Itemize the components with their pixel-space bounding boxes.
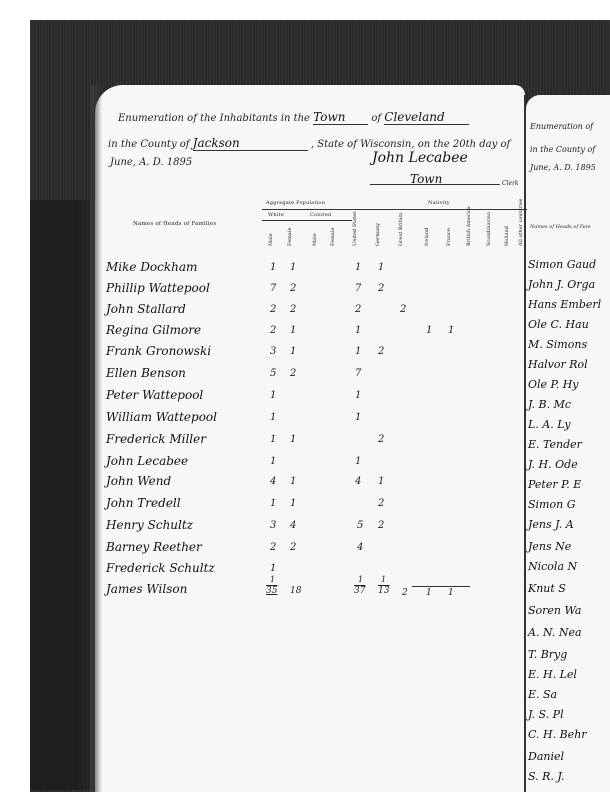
head-of-family-name: John Lecabee	[106, 454, 188, 468]
header-line-1: Enumeration of the Inhabitants in the To…	[118, 110, 469, 125]
county-name: Jackson	[193, 136, 308, 151]
facing-page-name: S. R. J.	[528, 770, 564, 783]
white-male-count: 3	[270, 346, 276, 357]
facing-page-name: Nicola N	[528, 560, 577, 573]
us-born-count: 4	[355, 476, 361, 487]
col-france: France	[446, 228, 452, 246]
total-germany-born: 13	[378, 586, 389, 596]
facing-page-name: Daniel	[528, 750, 564, 763]
germany-born-count: 2	[378, 283, 384, 294]
head-of-family-name: Frederick Miller	[106, 432, 206, 446]
white-male-count: 1	[270, 434, 276, 445]
facing-page-name: Soren Wa	[528, 604, 581, 617]
header-date: June, A. D. 1895	[110, 157, 192, 168]
white-female-count: 1	[290, 346, 296, 357]
white-male-count: 1	[270, 262, 276, 273]
facing-page-name: J. H. Ode	[528, 458, 578, 471]
germany-born-count: 2	[378, 498, 384, 509]
total-france-born: 1	[448, 588, 454, 598]
facing-page-name: Ole P. Hy	[528, 378, 579, 391]
facing-page-name: John J. Orga	[528, 278, 595, 291]
white-female-count: 1	[290, 498, 296, 509]
col-white-female: Female	[287, 228, 293, 246]
col-colored-female: Female	[330, 228, 336, 246]
facing-page-name: Peter P. E	[528, 478, 581, 491]
facing-page-name: M. Simons	[528, 338, 587, 351]
us-born-count: 1	[355, 390, 361, 401]
white-female-count: 4	[290, 520, 296, 531]
us-born-count: 2	[355, 304, 361, 315]
germany-born-count: 1	[378, 476, 384, 487]
us-born-count: 7	[355, 368, 361, 379]
facing-page-name: Halvor Rol	[528, 358, 588, 371]
colored-header: Colored	[310, 212, 331, 218]
total-white-male: 35	[266, 586, 277, 596]
head-of-family-name: Mike Dockham	[106, 260, 197, 274]
total-great-britain-born: 2	[402, 588, 408, 598]
head-of-family-name: Henry Schultz	[106, 518, 193, 532]
facing-page-name: L. A. Ly	[528, 418, 571, 431]
total-us-born: 37	[354, 586, 365, 596]
facing-page-name: T. Bryg	[528, 648, 567, 661]
signature-rule	[370, 184, 500, 185]
germany-born-count: 1	[381, 575, 386, 584]
col-all-other: All other countries	[518, 199, 524, 246]
state-date-text: , State of Wisconsin, on the 20th day of	[311, 139, 510, 150]
clerk-label: Clerk	[502, 180, 519, 187]
facing-page-name: E. Tender	[528, 438, 582, 451]
us-born-count: 5	[357, 520, 363, 531]
total-white-female: 18	[290, 586, 301, 596]
head-of-family-name: Phillip Wattepool	[106, 281, 210, 295]
aggregate-population-header: Aggregate Population	[266, 200, 325, 206]
header-rule-sub	[262, 220, 352, 221]
facing-page-name: Knut S	[528, 582, 566, 595]
white-male-count: 2	[270, 304, 276, 315]
facing-page-name: E. Sa	[528, 688, 557, 701]
facing-page-date: June, A. D. 1895	[530, 163, 596, 172]
col-colored-male: Male	[312, 233, 318, 246]
nativity-header: Nativity	[428, 200, 450, 206]
great-britain-born-count: 2	[400, 304, 406, 315]
facing-page-name: Ole C. Hau	[528, 318, 589, 331]
col-united-states: United States	[352, 211, 358, 246]
municipality-type: Town	[313, 110, 368, 125]
white-female-count: 2	[290, 283, 296, 294]
book-gutter	[524, 95, 526, 792]
col-ireland: Ireland	[424, 228, 430, 246]
white-male-count: 1	[270, 412, 276, 423]
facing-page-name: C. H. Behr	[528, 728, 587, 741]
white-female-count: 2	[290, 542, 296, 553]
facing-page-name: Jens Ne	[528, 540, 571, 553]
facing-page-county: in the County of	[530, 145, 595, 154]
white-male-count: 2	[270, 542, 276, 553]
col-great-britain: Great Britain	[398, 213, 404, 246]
col-holland: Holland	[504, 226, 510, 246]
header-of: of	[371, 113, 381, 124]
facing-page-name: Simon Gaud	[528, 258, 596, 271]
us-born-count: 1	[355, 456, 361, 467]
white-male-count: 1	[270, 390, 276, 401]
col-white-male: Male	[268, 233, 274, 246]
head-of-family-name: William Wattepool	[106, 410, 217, 424]
head-of-family-name: Regina Gilmore	[106, 323, 201, 337]
us-born-count: 1	[355, 346, 361, 357]
white-male-count: 3	[270, 520, 276, 531]
white-header: White	[268, 212, 284, 218]
facing-page-name: A. N. Nea	[528, 626, 582, 639]
white-male-count: 1	[270, 575, 275, 584]
col-germany: Germany	[375, 223, 381, 246]
names-column-header: Names of Heads of Families	[133, 221, 216, 227]
head-of-family-name: Frederick Schultz	[106, 561, 215, 575]
municipality-name: Cleveland	[384, 110, 469, 125]
header-line-2: in the County of Jackson , State of Wisc…	[108, 136, 510, 151]
col-british-america: British America	[466, 206, 472, 246]
white-male-count: 1	[270, 563, 276, 574]
us-born-count: 1	[358, 575, 363, 584]
facing-page-name: J. B. Mc	[528, 398, 571, 411]
facing-page-name: E. H. Lel	[528, 668, 577, 681]
white-female-count: 1	[290, 325, 296, 336]
head-of-family-name: James Wilson	[106, 582, 187, 596]
white-male-count: 1	[270, 456, 276, 467]
white-female-count: 2	[290, 368, 296, 379]
ireland-born-count: 1	[426, 325, 432, 336]
white-female-count: 1	[290, 476, 296, 487]
total-ireland-born: 1	[426, 588, 432, 598]
totals-rule	[412, 586, 470, 587]
us-born-count: 4	[357, 542, 363, 553]
white-male-count: 4	[270, 476, 276, 487]
facing-page-names-header: Names of Heads of Fam	[530, 224, 591, 230]
header-rule-top	[262, 209, 527, 210]
enumerator-signature: John Lecabee	[372, 150, 468, 166]
white-male-count: 5	[270, 368, 276, 379]
us-born-count: 7	[355, 283, 361, 294]
white-female-count: 2	[290, 304, 296, 315]
us-born-count: 1	[355, 412, 361, 423]
head-of-family-name: John Wend	[106, 474, 171, 488]
scanned-census-page: Enumeration of the Inhabitants in the To…	[0, 0, 610, 792]
germany-born-count: 2	[378, 346, 384, 357]
white-male-count: 7	[270, 283, 276, 294]
head-of-family-name: John Stallard	[106, 302, 186, 316]
facing-page-name: J. S. Pl	[528, 708, 564, 721]
germany-born-count: 2	[378, 520, 384, 531]
header-prefix: Enumeration of the Inhabitants in the	[118, 113, 310, 124]
col-scandinavian: Scandinavian	[486, 212, 492, 246]
us-born-count: 1	[355, 262, 361, 273]
head-of-family-name: Ellen Benson	[106, 366, 186, 380]
facing-page-name: Jens J. A	[528, 518, 574, 531]
germany-born-count: 1	[378, 262, 384, 273]
white-male-count: 1	[270, 498, 276, 509]
white-female-count: 1	[290, 434, 296, 445]
facing-page-title: Enumeration of	[530, 122, 593, 131]
facing-page-name: Hans Emberl	[528, 298, 601, 311]
county-label: in the County of	[108, 139, 190, 150]
head-of-family-name: Frank Gronowski	[106, 344, 211, 358]
us-born-count: 1	[355, 325, 361, 336]
france-born-count: 1	[448, 325, 454, 336]
facing-page-name: Simon G	[528, 498, 575, 511]
head-of-family-name: John Tredell	[106, 496, 181, 510]
great-britain-born-count: 2	[378, 434, 384, 445]
head-of-family-name: Peter Wattepool	[106, 388, 203, 402]
head-of-family-name: Barney Reether	[106, 540, 202, 554]
white-female-count: 1	[290, 262, 296, 273]
white-male-count: 2	[270, 325, 276, 336]
